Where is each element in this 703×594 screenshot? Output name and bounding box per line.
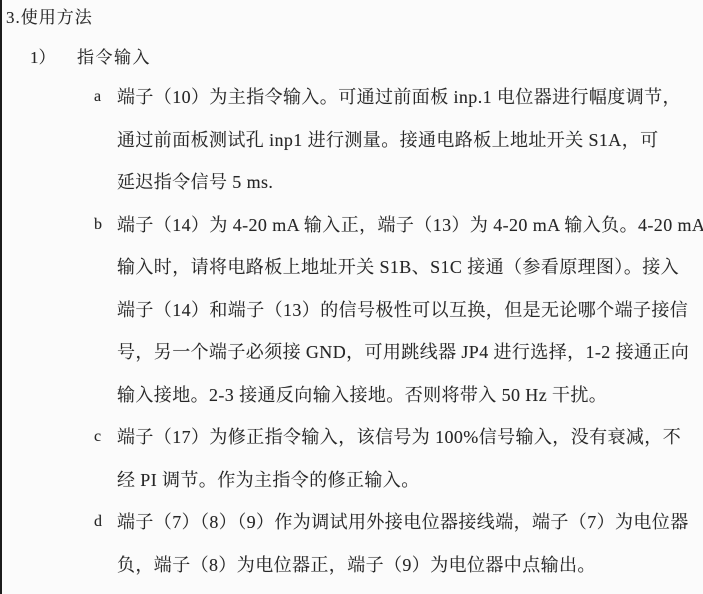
text-line: 端子（14）和端子（13）的信号极性可以互换，但是无论哪个端子接信 xyxy=(117,289,703,332)
list-item-c: c 端子（17）为修正指令输入，该信号为 100%信号输入，没有衰减，不 经 P… xyxy=(2,416,703,501)
list-item-a: a 端子（10）为主指令输入。可通过前面板 inp.1 电位器进行幅度调节， 通… xyxy=(2,76,703,204)
text-line: 号，另一个端子必须接 GND，可用跳线器 JP4 进行选择，1-2 接通正向 xyxy=(117,331,703,374)
list-item-d: d 端子（7）（8）（9）作为调试用外接电位器接线端，端子（7）为电位器 负，端… xyxy=(2,501,703,586)
subsection-title: 指令输入 xyxy=(77,48,151,67)
item-label: b xyxy=(94,204,117,417)
item-body: 端子（7）（8）（9）作为调试用外接电位器接线端，端子（7）为电位器 负，端子（… xyxy=(117,501,703,586)
item-body: 端子（10）为主指令输入。可通过前面板 inp.1 电位器进行幅度调节， 通过前… xyxy=(117,76,703,204)
list-item-b: b 端子（14）为 4-20 mA 输入正，端子（13）为 4-20 mA 输入… xyxy=(2,204,703,417)
text-line: 输入接地。2-3 接通反向输入接地。否则将带入 50 Hz 干扰。 xyxy=(117,374,703,417)
text-line: 端子（7）（8）（9）作为调试用外接电位器接线端，端子（7）为电位器 xyxy=(117,501,703,544)
document-page: 3.使用方法 1）指令输入 a 端子（10）为主指令输入。可通过前面板 inp.… xyxy=(0,0,703,594)
text-line: 通过前面板测试孔 inp1 进行测量。接通电路板上地址开关 S1A，可 xyxy=(117,119,703,162)
subsection-heading: 1）指令输入 xyxy=(2,48,703,68)
text-line: 经 PI 调节。作为主指令的修正输入。 xyxy=(117,459,703,502)
item-label: c xyxy=(94,416,117,501)
text-line: 端子（14）为 4-20 mA 输入正，端子（13）为 4-20 mA 输入负。… xyxy=(117,204,703,247)
item-body: 端子（17）为修正指令输入，该信号为 100%信号输入，没有衰减，不 经 PI … xyxy=(117,416,703,501)
instruction-list: a 端子（10）为主指令输入。可通过前面板 inp.1 电位器进行幅度调节， 通… xyxy=(2,76,703,586)
section-heading: 3.使用方法 xyxy=(6,8,703,28)
text-line: 负，端子（8）为电位器正，端子（9）为电位器中点输出。 xyxy=(117,544,703,587)
item-label: a xyxy=(94,76,117,204)
text-line: 输入时，请将电路板上地址开关 S1B、S1C 接通（参看原理图）。接入 xyxy=(117,246,703,289)
item-label: d xyxy=(94,501,117,586)
text-line: 端子（17）为修正指令输入，该信号为 100%信号输入，没有衰减，不 xyxy=(117,416,703,459)
text-line: 端子（10）为主指令输入。可通过前面板 inp.1 电位器进行幅度调节， xyxy=(117,76,703,119)
subsection-number: 1） xyxy=(30,48,77,68)
item-body: 端子（14）为 4-20 mA 输入正，端子（13）为 4-20 mA 输入负。… xyxy=(117,204,703,417)
text-line: 延迟指令信号 5 ms. xyxy=(117,161,703,204)
